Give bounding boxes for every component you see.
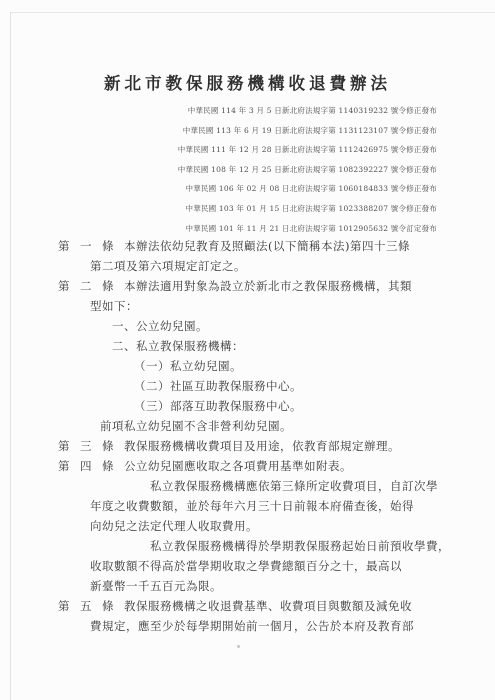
article-number: 第五條 — [58, 599, 124, 613]
body-line: 向幼兒之法定代理人收取費用。 — [0, 516, 455, 536]
article-line: 第三條教保服務機構收費項目及用途，依教育部規定辦理。 — [0, 436, 455, 456]
body-line: 二、私立教保服務機構： — [0, 336, 455, 356]
article-text: 教保服務機構之收退費基準、收費項目與數額及減免收 — [124, 599, 412, 613]
body-line: 年度之收費數額，並於每年六月三十日前報本府備查後，始得 — [0, 496, 455, 516]
scan-speck — [237, 645, 240, 648]
history-line: 中華民國 113 年 6 月 19 日新北府法規字第 1131123107 號令… — [178, 121, 437, 141]
article-line: 第一條本辦法依幼兒教育及照顧法(以下簡稱本法)第四十三條 — [0, 236, 455, 256]
history-line: 中華民國 111 年 12 月 28 日新北府法規字第 1112426975 號… — [178, 140, 437, 160]
article-line: 第二條本辦法適用對象為設立於新北市之教保服務機構，其類 — [0, 276, 455, 296]
body-line: 收取數額不得高於當學期收取之學費總額百分之十，最高以 — [0, 556, 455, 576]
article-number: 第二條 — [58, 279, 124, 293]
article-number: 第一條 — [58, 239, 124, 253]
body-line: 費規定，應至少於每學期開始前一個月，公告於本府及教育部 — [0, 616, 455, 636]
body-line: 第二項及第六項規定訂定之。 — [0, 256, 455, 276]
article-text: 本辦法適用對象為設立於新北市之教保服務機構，其類 — [124, 279, 412, 293]
body-block: 第一條本辦法依幼兒教育及照顧法(以下簡稱本法)第四十三條第二項及第六項規定訂定之… — [0, 236, 455, 636]
body-line: 一、公立幼兒園。 — [0, 316, 455, 336]
document-title: 新北市教保服務機構收退費辦法 — [0, 70, 495, 94]
body-line: （一）私立幼兒園。 — [0, 356, 455, 376]
article-text: 公立幼兒園應收取之各項費用基準如附表。 — [124, 459, 352, 473]
article-number: 第四條 — [58, 459, 124, 473]
article-number: 第三條 — [58, 439, 124, 453]
history-line: 中華民國 108 年 12 月 25 日新北府法規字第 1082392227 號… — [178, 160, 437, 180]
body-line: （三）部落互助教保服務中心。 — [0, 396, 455, 416]
body-line: （二）社區互助教保服務中心。 — [0, 376, 455, 396]
article-text: 本辦法依幼兒教育及照顧法(以下簡稱本法)第四十三條 — [124, 239, 410, 253]
body-line: 前項私立幼兒園不含非營利幼兒園。 — [0, 416, 455, 436]
history-line: 中華民國 103 年 01 月 15 日北府法規字第 1023388207 號令… — [178, 199, 437, 219]
article-line: 第四條公立幼兒園應收取之各項費用基準如附表。 — [0, 456, 455, 476]
scanned-document-page: 新北市教保服務機構收退費辦法 中華民國 114 年 3 月 5 日新北府法規字第… — [0, 0, 495, 700]
body-line: 私立教保服務機構得於學期教保服務起始日前預收學費， — [0, 536, 455, 556]
history-line: 中華民國 114 年 3 月 5 日新北府法規字第 1140319232 號令修… — [178, 101, 437, 121]
article-text: 教保服務機構收費項目及用途，依教育部規定辦理。 — [124, 439, 400, 453]
scan-edge-top — [10, 12, 495, 13]
history-line: 中華民國 106 年 02 月 08 日北府法規字第 1060184833 號令… — [178, 179, 437, 199]
article-line: 第五條教保服務機構之收退費基準、收費項目與數額及減免收 — [0, 596, 455, 616]
history-block: 中華民國 114 年 3 月 5 日新北府法規字第 1140319232 號令修… — [178, 101, 437, 238]
body-line: 私立教保服務機構應依第三條所定收費項目，自訂次學 — [0, 476, 455, 496]
body-line: 型如下： — [0, 296, 455, 316]
body-line: 新臺幣一千五百元為限。 — [0, 576, 455, 596]
